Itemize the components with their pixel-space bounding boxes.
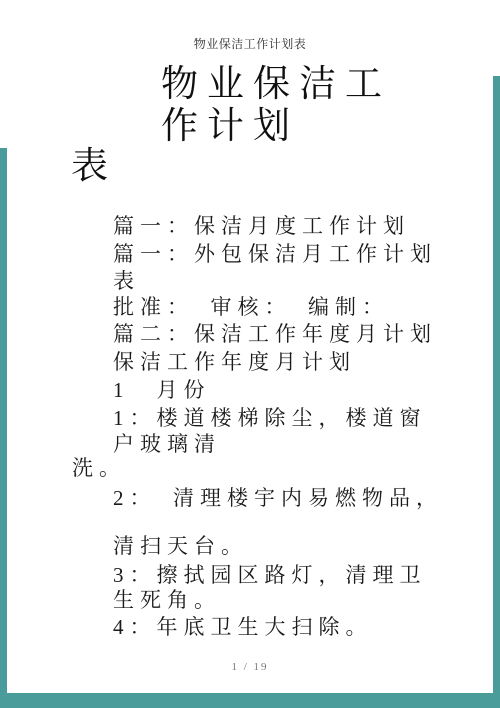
doc-line: 3：擦拭园区路灯，清理卫: [113, 565, 427, 586]
document-header-title: 物业保洁工作计划表: [0, 35, 500, 52]
doc-line: 生死角。: [113, 590, 221, 611]
doc-line: 户玻璃清: [113, 434, 221, 455]
document-title-line-2: 作计划: [161, 108, 299, 145]
doc-line: 4：年底卫生大扫除。: [113, 617, 373, 638]
page-number-indicator: 1 / 19: [0, 661, 500, 673]
page-edge-accent-bottom: [0, 693, 500, 708]
document-page[interactable]: 物业保洁工作计划表 物业保洁工 作计划 表 篇一：保洁月度工作计划 篇一：外包保…: [0, 0, 500, 708]
doc-line: 篇二：保洁工作年度月计划: [113, 324, 437, 345]
doc-line: 2： 清理楼宇内易燃物品，: [113, 488, 443, 509]
doc-line: 批准： 审核： 编制：: [113, 297, 389, 318]
document-title-line-3: 表: [71, 148, 117, 185]
document-title-line-1: 物业保洁工: [161, 66, 391, 103]
doc-line: 洗。: [72, 458, 126, 479]
doc-line: 篇一：保洁月度工作计划: [113, 216, 410, 237]
doc-line: 保洁工作年度月计划: [113, 352, 356, 373]
doc-line: 篇一：外包保洁月工作计划: [113, 244, 437, 265]
doc-line: 表: [113, 271, 140, 292]
page-edge-accent-left: [0, 148, 7, 708]
doc-line: 清扫天台。: [113, 536, 248, 557]
doc-line: 1：楼道楼梯除尘，楼道窗: [113, 408, 427, 429]
page-edge-accent-right: [493, 76, 500, 708]
doc-line: 1 月份: [113, 380, 211, 401]
